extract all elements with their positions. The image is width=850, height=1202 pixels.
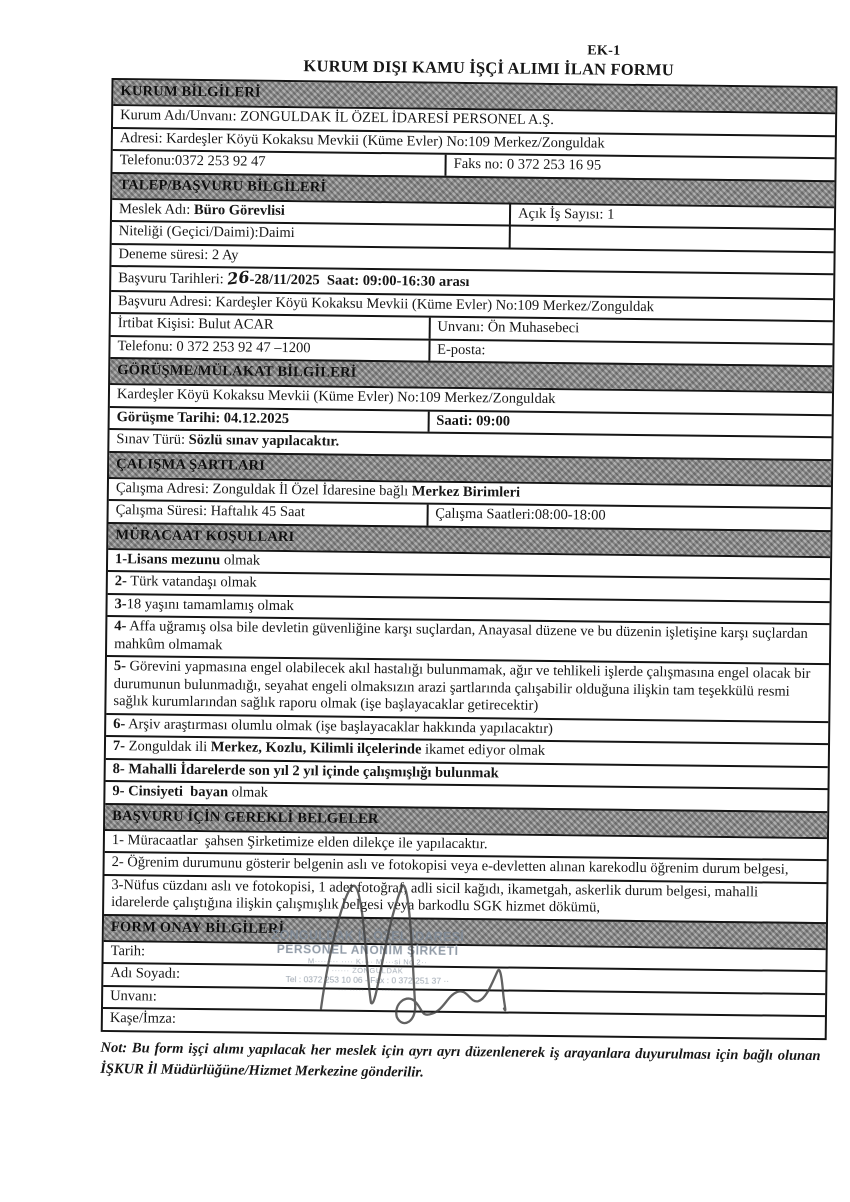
form-cell: Görüşme Tarihi: 04.12.2025 <box>110 407 428 431</box>
form-title: KURUM DIŞI KAMU İŞÇİ ALIMI İLAN FORMU <box>126 54 850 82</box>
form-cell: Açık İş Sayısı: 1 <box>509 204 834 228</box>
form-row: 4- Affa uğramış olsa bile devletin güven… <box>107 615 829 663</box>
form-cell <box>509 227 834 251</box>
scanned-form-page: EK-1 KURUM DIŞI KAMU İŞÇİ ALIMI İLAN FOR… <box>0 0 850 1202</box>
form-cell: İrtibat Kişisi: Bulut ACAR <box>111 314 429 338</box>
section-band-label: FORM ONAY BİLGİLERİ <box>111 919 285 937</box>
section-band-label: MÜRACAAT KOŞULLARI <box>115 527 294 545</box>
section-band-label: ÇALIŞMA ŞARTLARI <box>116 456 265 474</box>
section-band-label: GÖRÜŞME/MÜLAKAT BİLGİLERİ <box>117 362 356 381</box>
footer-note-label: Not: <box>100 1039 127 1055</box>
form-table: KURUM BİLGİLERİKurum Adı/Unvanı: ZONGULD… <box>101 78 838 1040</box>
form-row: 5- Görevini yapmasına engel olabilecek a… <box>106 655 829 721</box>
document: EK-1 KURUM DIŞI KAMU İŞÇİ ALIMI İLAN FOR… <box>100 38 838 1088</box>
footer-note: Not: Bu form işçi alımı yapılacak her me… <box>100 1037 820 1087</box>
section-band-label: KURUM BİLGİLERİ <box>120 83 261 101</box>
section-band-label: TALEP/BAŞVURU BİLGİLERİ <box>119 177 326 195</box>
footer-note-text: Bu form işçi alımı yapılacak her meslek … <box>100 1040 820 1080</box>
form-cell: 5- Görevini yapmasına engel olabilecek a… <box>106 657 829 721</box>
section-band-label: BAŞVURU İÇİN GEREKLİ BELGELER <box>112 808 379 827</box>
handwritten-date: 26 <box>226 268 250 288</box>
